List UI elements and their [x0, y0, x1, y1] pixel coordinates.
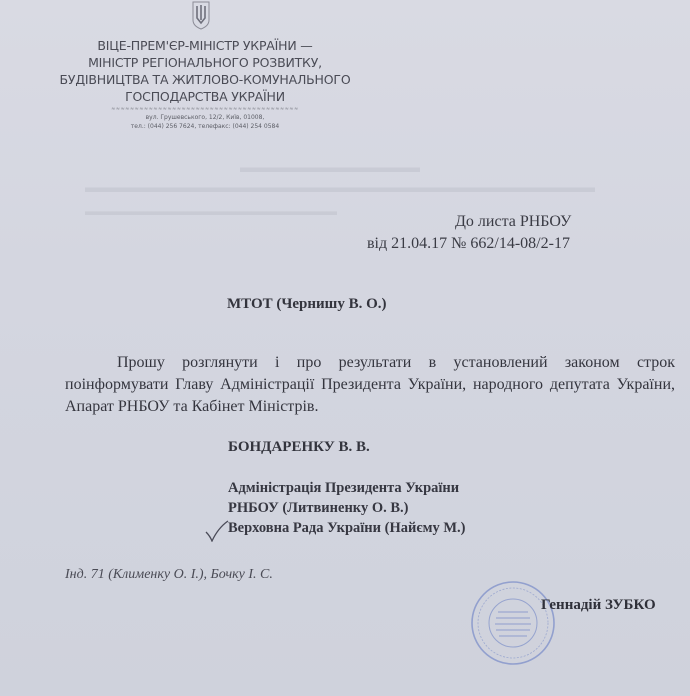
letterhead-line-3: БУДІВНИЦТВА ТА ЖИТЛОВО-КОМУНАЛЬНОГО: [20, 71, 390, 88]
letterhead-line-2: МІНІСТР РЕГІОНАЛЬНОГО РОЗВИТКУ,: [20, 54, 390, 71]
document-page: ВІЦЕ-ПРЕМ'ЄР-МІНІСТР УКРАЇНИ — МІНІСТР Р…: [0, 0, 690, 696]
cc-item: РНБОУ (Литвиненку О. В.): [228, 498, 466, 518]
cc-item: Адміністрація Президента України: [228, 478, 466, 498]
signature: Геннадій ЗУБКО: [541, 597, 656, 614]
bleed-through-decoration: ▬▬▬▬▬▬▬▬▬▬▬▬: [240, 160, 420, 177]
addressee: МТОТ (Чернишу В. О.): [227, 296, 387, 313]
letterhead: ВІЦЕ-ПРЕМ'ЄР-МІНІСТР УКРАЇНИ — МІНІСТР Р…: [20, 37, 390, 131]
letterhead-address: вул. Грушевського, 12/2, Київ, 01008,: [20, 113, 390, 122]
cc-list: Адміністрація Президента України РНБОУ (…: [228, 478, 466, 538]
body-text: Прошу розглянути і про результати в уста…: [65, 354, 675, 415]
reference-line-2: від 21.04.17 № 662/14-08/2-17: [367, 233, 571, 255]
cc-item: Верховна Рада України (Найєму М.): [228, 518, 466, 538]
recipient: БОНДАРЕНКУ В. В.: [228, 439, 370, 456]
checkmark-icon: [205, 520, 229, 542]
reference-block: До листа РНБОУ від 21.04.17 № 662/14-08/…: [455, 211, 571, 255]
letterhead-phones: тел.: (044) 256 7624, телефакс: (044) 25…: [20, 122, 390, 131]
official-stamp-icon: [470, 580, 556, 666]
reference-line-1: До листа РНБОУ: [455, 211, 571, 233]
footnote: Інд. 71 (Клименку О. І.), Бочку І. С.: [65, 567, 273, 583]
body-paragraph: Прошу розглянути і про результати в уста…: [65, 352, 675, 418]
letterhead-ornament: ≈≈≈≈≈≈≈≈≈≈≈≈≈≈≈≈≈≈≈≈≈≈≈≈≈≈≈≈≈≈≈≈≈≈≈≈≈≈≈≈: [20, 105, 390, 113]
trident-emblem-icon: [186, 0, 216, 30]
bleed-through-decoration: ▬▬▬▬▬▬▬▬▬▬▬▬▬▬▬▬▬▬▬▬▬: [85, 204, 337, 219]
letterhead-line-1: ВІЦЕ-ПРЕМ'ЄР-МІНІСТР УКРАЇНИ —: [20, 37, 390, 54]
bleed-through-decoration: ▬▬▬▬▬▬▬▬▬▬▬▬▬▬▬▬▬▬▬▬▬▬▬▬▬▬▬▬▬▬▬▬▬▬: [85, 180, 595, 197]
letterhead-line-4: ГОСПОДАРСТВА УКРАЇНИ: [20, 88, 390, 105]
